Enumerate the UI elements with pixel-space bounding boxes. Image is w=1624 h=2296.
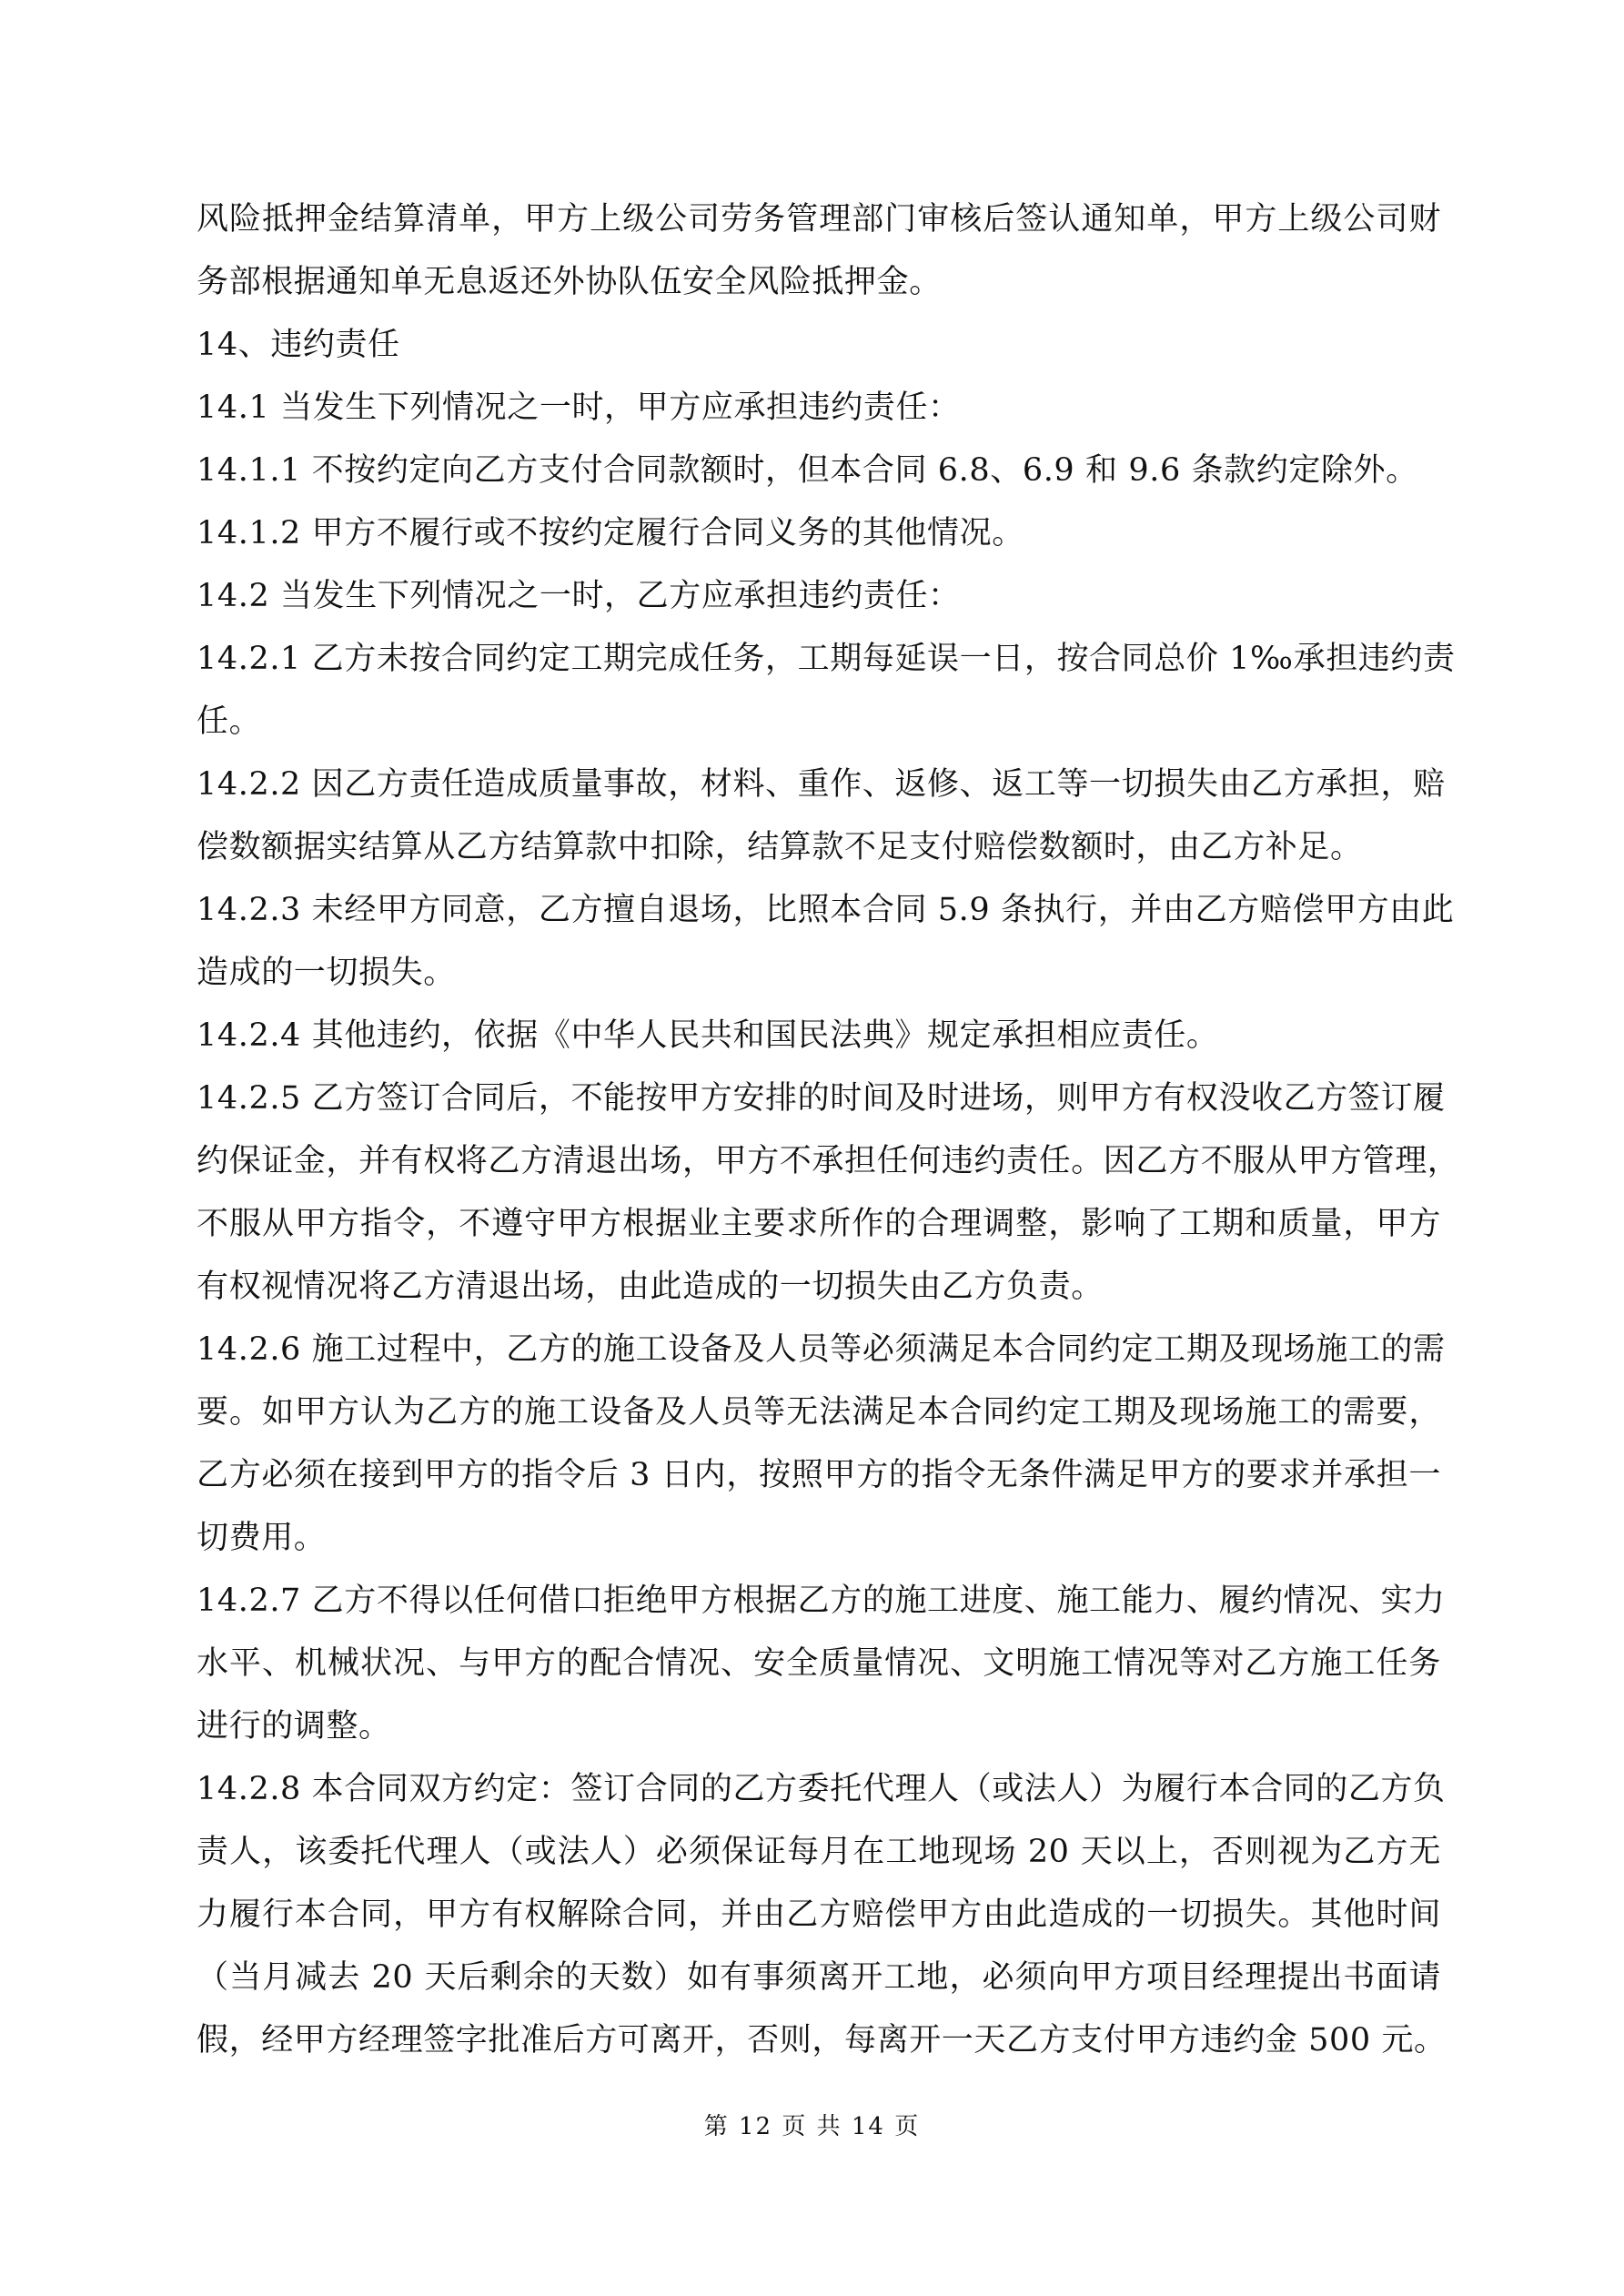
clause-line: 14.2.6 施工过程中，乙方的施工设备及人员等必须满足本合同约定工期及现场施工…	[197, 1319, 1441, 1381]
document-page: 风险抵押金结算清单，甲方上级公司劳务管理部门审核后签认通知单，甲方上级公司财 务…	[0, 0, 1624, 2296]
section-heading: 14、违约责任	[197, 314, 1441, 377]
clause-line: 14.1.2 甲方不履行或不按约定履行合同义务的其他情况。	[197, 502, 1441, 565]
text-line: 风险抵押金结算清单，甲方上级公司劳务管理部门审核后签认通知单，甲方上级公司财	[197, 188, 1441, 251]
document-body: 风险抵押金结算清单，甲方上级公司劳务管理部门审核后签认通知单，甲方上级公司财 务…	[197, 188, 1441, 2072]
clause-line: 14.2.5 乙方签订合同后，不能按甲方安排的时间及时进场，则甲方有权没收乙方签…	[197, 1067, 1441, 1130]
clause-line: 有权视情况将乙方清退出场，由此造成的一切损失由乙方负责。	[197, 1256, 1441, 1319]
clause-line: 力履行本合同，甲方有权解除合同，并由乙方赔偿甲方由此造成的一切损失。其他时间	[197, 1884, 1441, 1947]
clause-line: 进行的调整。	[197, 1695, 1441, 1758]
clause-line: 14.2.3 未经甲方同意，乙方擅自退场，比照本合同 5.9 条执行，并由乙方赔…	[197, 879, 1441, 942]
clause-line: 14.2.2 因乙方责任造成质量事故，材料、重作、返修、返工等一切损失由乙方承担…	[197, 754, 1441, 816]
clause-line: 14.2.1 乙方未按合同约定工期完成任务，工期每延误一日，按合同总价 1‰承担…	[197, 628, 1441, 691]
text-line: 务部根据通知单无息返还外协队伍安全风险抵押金。	[197, 251, 1441, 314]
clause-line: 假，经甲方经理签字批准后方可离开，否则，每离开一天乙方支付甲方违约金 500 元…	[197, 2009, 1441, 2072]
clause-line: 14.2.8 本合同双方约定：签订合同的乙方委托代理人（或法人）为履行本合同的乙…	[197, 1758, 1441, 1821]
clause-line: （当月减去 20 天后剩余的天数）如有事须离开工地，必须向甲方项目经理提出书面请	[197, 1947, 1441, 2009]
clause-line: 造成的一切损失。	[197, 942, 1441, 1005]
clause-line: 水平、机械状况、与甲方的配合情况、安全质量情况、文明施工情况等对乙方施工任务	[197, 1633, 1441, 1695]
clause-line: 14.2.7 乙方不得以任何借口拒绝甲方根据乙方的施工进度、施工能力、履约情况、…	[197, 1570, 1441, 1633]
clause-line: 要。如甲方认为乙方的施工设备及人员等无法满足本合同约定工期及现场施工的需要，	[197, 1381, 1441, 1444]
page-number-footer: 第 12 页 共 14 页	[0, 2108, 1624, 2141]
clause-heading: 14.2 当发生下列情况之一时，乙方应承担违约责任：	[197, 565, 1441, 628]
clause-line: 不服从甲方指令，不遵守甲方根据业主要求所作的合理调整，影响了工期和质量，甲方	[197, 1193, 1441, 1256]
clause-line: 切费用。	[197, 1507, 1441, 1570]
clause-heading: 14.1 当发生下列情况之一时，甲方应承担违约责任：	[197, 377, 1441, 440]
clause-line: 乙方必须在接到甲方的指令后 3 日内，按照甲方的指令无条件满足甲方的要求并承担一	[197, 1444, 1441, 1507]
clause-line: 约保证金，并有权将乙方清退出场，甲方不承担任何违约责任。因乙方不服从甲方管理，	[197, 1130, 1441, 1193]
clause-line: 偿数额据实结算从乙方结算款中扣除，结算款不足支付赔偿数额时，由乙方补足。	[197, 816, 1441, 879]
clause-line: 责人，该委托代理人（或法人）必须保证每月在工地现场 20 天以上，否则视为乙方无	[197, 1821, 1441, 1884]
clause-line: 任。	[197, 691, 1441, 754]
clause-line: 14.2.4 其他违约，依据《中华人民共和国民法典》规定承担相应责任。	[197, 1005, 1441, 1067]
clause-line: 14.1.1 不按约定向乙方支付合同款额时，但本合同 6.8、6.9 和 9.6…	[197, 440, 1441, 502]
